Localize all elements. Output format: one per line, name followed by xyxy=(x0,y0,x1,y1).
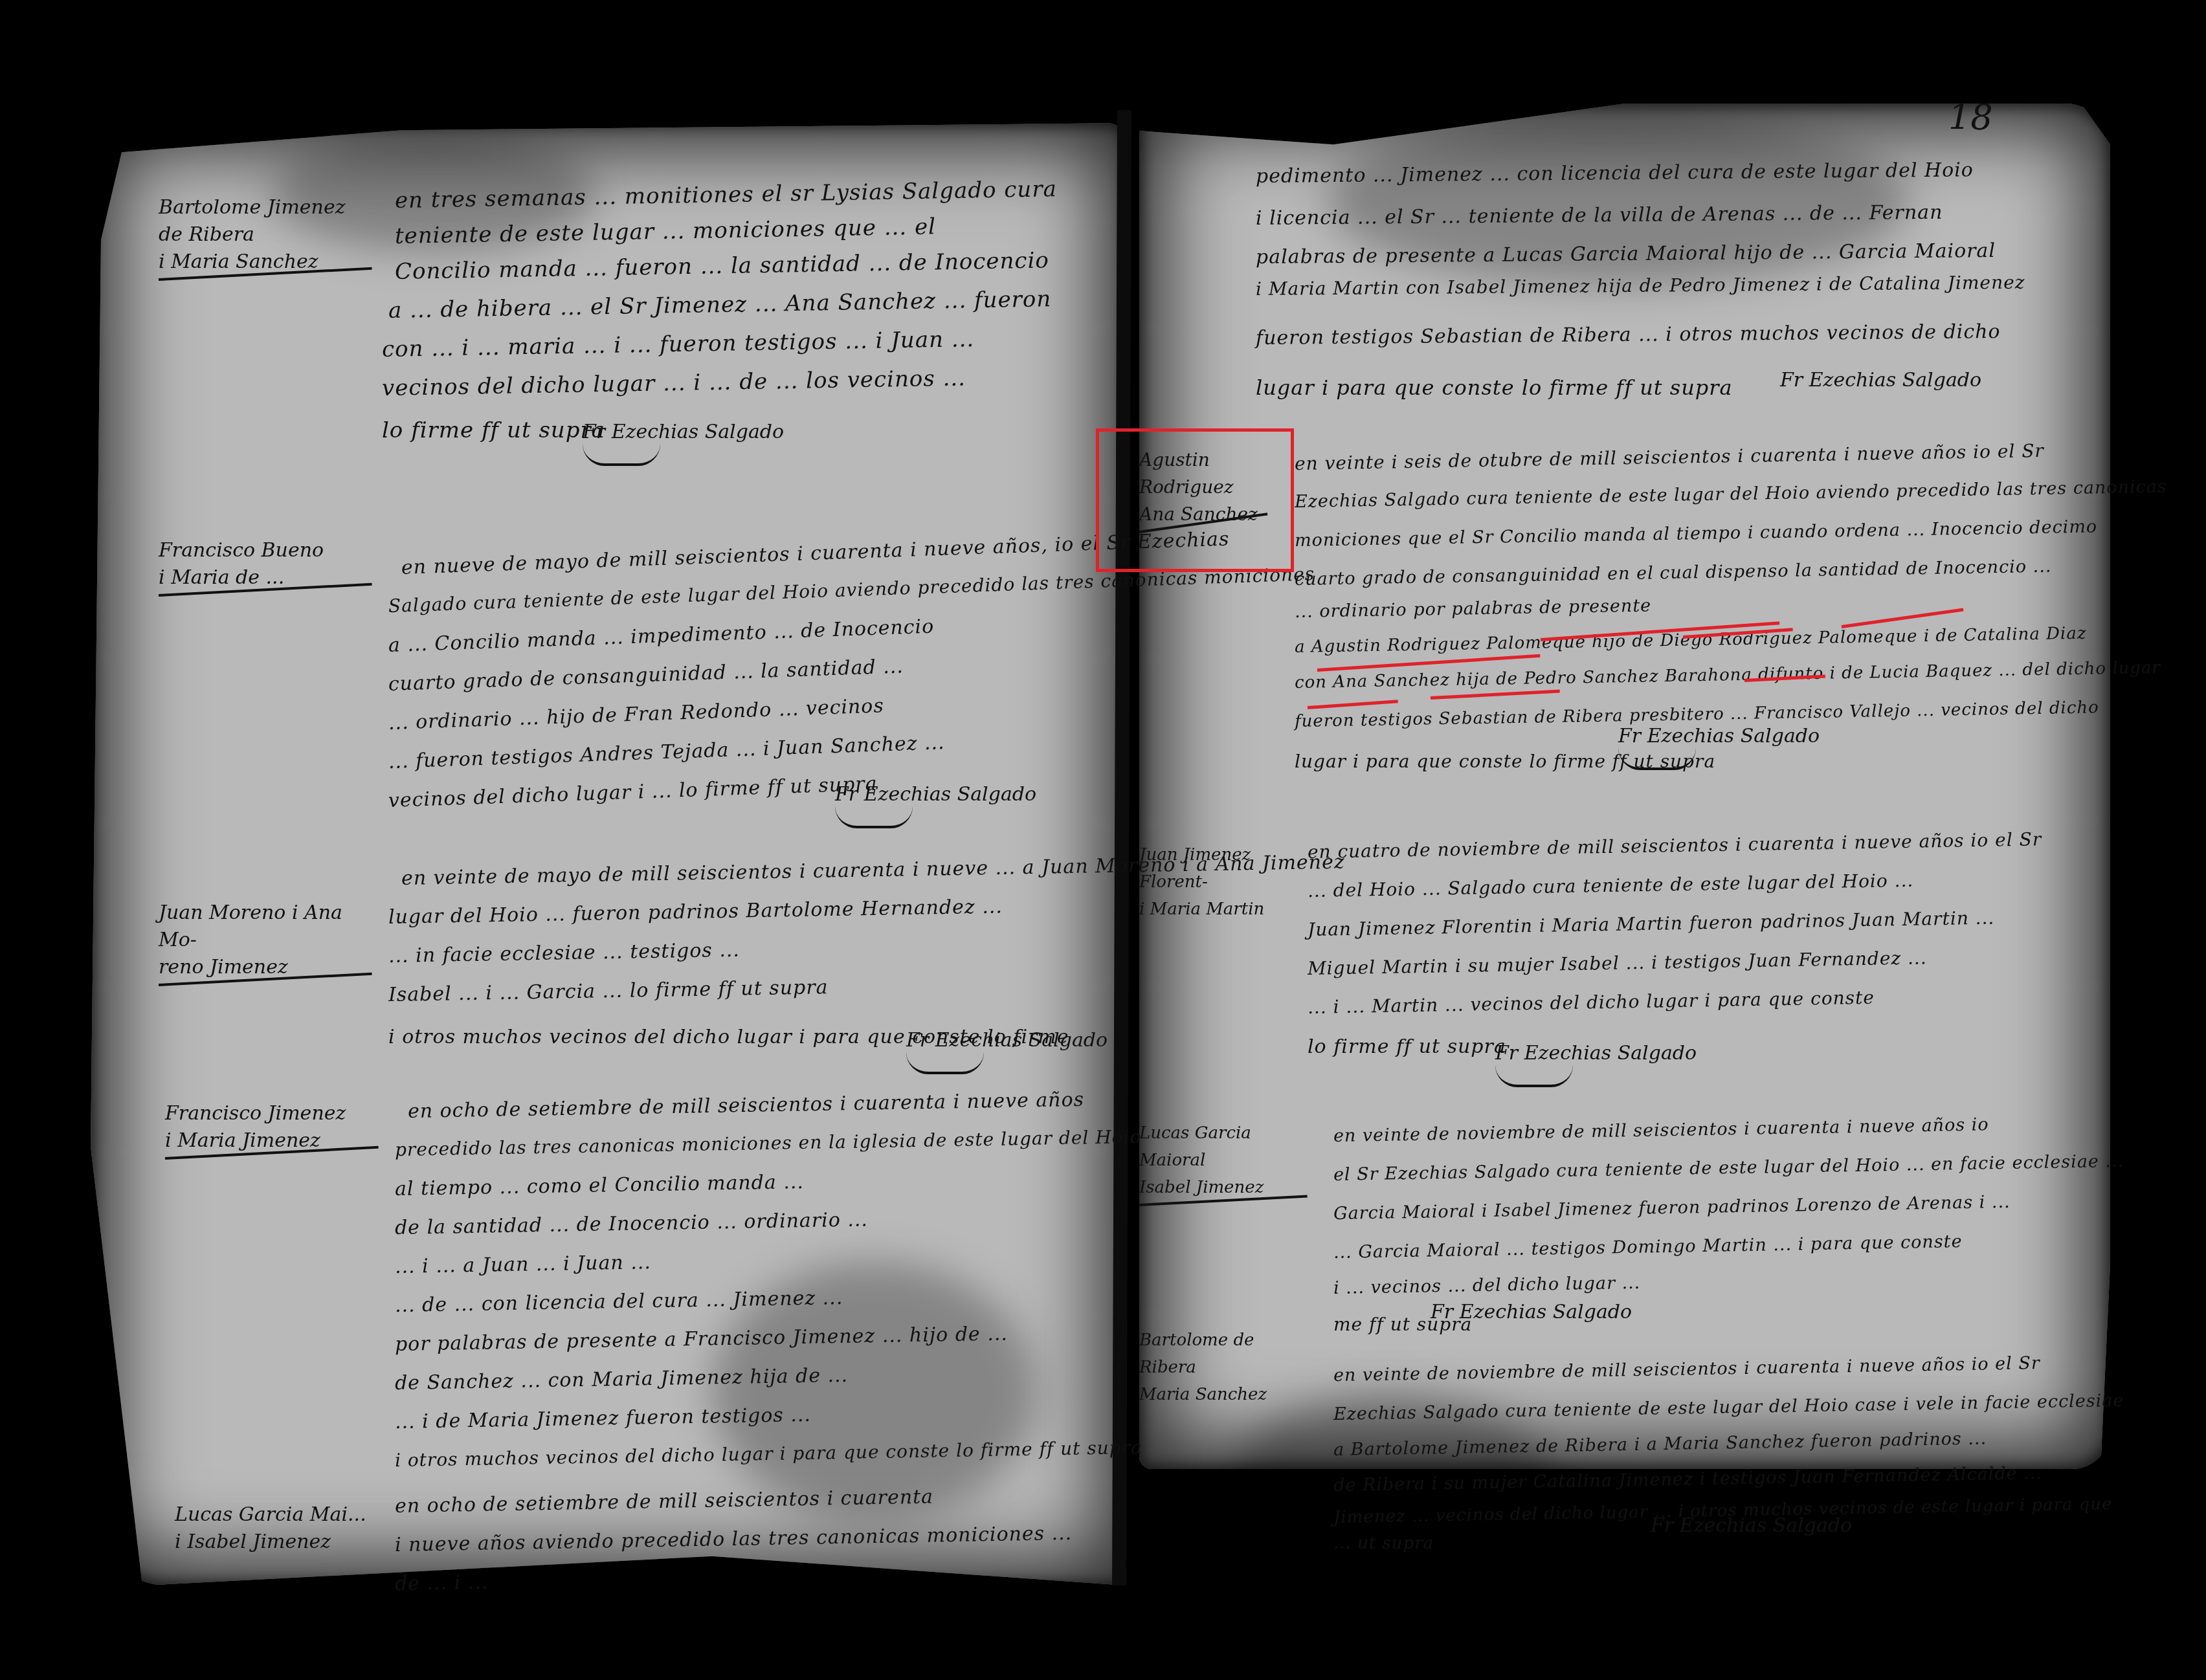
signature-text: Fr Ezechias Salgado xyxy=(1651,1514,1852,1537)
signature-text: Fr Ezechias Salgado xyxy=(1780,369,1981,392)
highlight-annotation-box xyxy=(1096,428,1294,572)
signature-flourish xyxy=(835,806,913,828)
margin-note-line: i Maria Martin xyxy=(1139,900,1264,919)
document-viewer: 18 Bartolome Jimenez de Ribera i Maria S… xyxy=(0,0,2206,1680)
margin-note-line: Juan Jimenez Florent- xyxy=(1139,845,1251,892)
margin-note-line: i Maria de ... xyxy=(159,566,284,589)
page-number: 18 xyxy=(1948,97,1993,138)
signature: Fr Ezechias Salgado xyxy=(1618,725,1820,770)
signature-text: Fr Ezechias Salgado xyxy=(1495,1042,1697,1065)
margin-note-line: Maria Sanchez xyxy=(1139,1385,1267,1404)
margin-note-line: Bartolome Jimenez de Ribera xyxy=(159,196,346,246)
signature-text: Fr Ezechias Salgado xyxy=(1618,725,1820,747)
text-line: lugar i para que conste lo firme ff ut s… xyxy=(1256,375,1733,400)
text-line: lo firme ff ut supra xyxy=(382,417,605,443)
signature-flourish xyxy=(906,1052,984,1074)
text-line: de ... i ... xyxy=(395,1571,489,1595)
signature: Fr Ezechias Salgado xyxy=(835,783,1036,828)
margin-note: Juan Moreno i Ana Mo- reno Jimenez xyxy=(159,900,372,986)
signature: Fr Ezechias Salgado xyxy=(583,421,784,466)
margin-note: Bartolome de Ribera Maria Sanchez xyxy=(1139,1327,1295,1408)
margin-note: Juan Jimenez Florent- i Maria Martin xyxy=(1139,841,1295,923)
margin-note-line: Francisco Jimenez xyxy=(165,1102,346,1125)
signature-text: Fr Ezechias Salgado xyxy=(1431,1301,1632,1323)
signature-text: Fr Ezechias Salgado xyxy=(906,1029,1108,1052)
text-line: ... i ... a Juan ... i Juan ... xyxy=(395,1251,651,1278)
signature: Fr Ezechias Salgado xyxy=(1780,369,1981,392)
margin-note-line: Francisco Bueno xyxy=(159,539,324,562)
margin-note-line: Juan Moreno i Ana Mo- xyxy=(159,901,342,951)
margin-note-line: reno Jimenez xyxy=(159,956,288,978)
signature-flourish xyxy=(583,444,660,466)
signature-text: Fr Ezechias Salgado xyxy=(835,783,1036,806)
signature: Fr Ezechias Salgado xyxy=(1431,1301,1632,1324)
margin-note: Francisco Bueno i Maria de ... xyxy=(159,537,372,597)
text-line: lo firme ff ut supra xyxy=(1308,1035,1506,1058)
margin-note-line: Isabel Jimenez xyxy=(1139,1178,1264,1197)
margin-note: Francisco Jimenez i Maria Jimenez xyxy=(165,1100,379,1160)
signature: Fr Ezechias Salgado xyxy=(1495,1042,1697,1087)
signature: Fr Ezechias Salgado xyxy=(906,1029,1108,1074)
margin-note-line: i Maria Jimenez xyxy=(165,1129,320,1152)
signature-text: Fr Ezechias Salgado xyxy=(583,421,784,443)
margin-note: Lucas Garcia Mai... i Isabel Jimenez xyxy=(175,1501,382,1556)
signature-flourish xyxy=(1618,748,1696,770)
margin-note: Bartolome Jimenez de Ribera i Maria Sanc… xyxy=(159,194,372,281)
margin-note-line: i Isabel Jimenez xyxy=(175,1531,331,1553)
signature: Fr Ezechias Salgado xyxy=(1651,1514,1852,1538)
margin-note: Lucas Garcia Maioral Isabel Jimenez xyxy=(1139,1120,1308,1206)
margin-note-line: Bartolome de Ribera xyxy=(1139,1331,1254,1377)
signature-flourish xyxy=(1495,1065,1573,1087)
margin-note-line: i Maria Sanchez xyxy=(159,250,318,273)
text-line: ... ut supra xyxy=(1333,1534,1434,1553)
margin-note-line: Lucas Garcia Mai... xyxy=(175,1503,366,1526)
margin-note-line: Lucas Garcia Maioral xyxy=(1139,1123,1251,1170)
right-page xyxy=(1139,104,2110,1469)
